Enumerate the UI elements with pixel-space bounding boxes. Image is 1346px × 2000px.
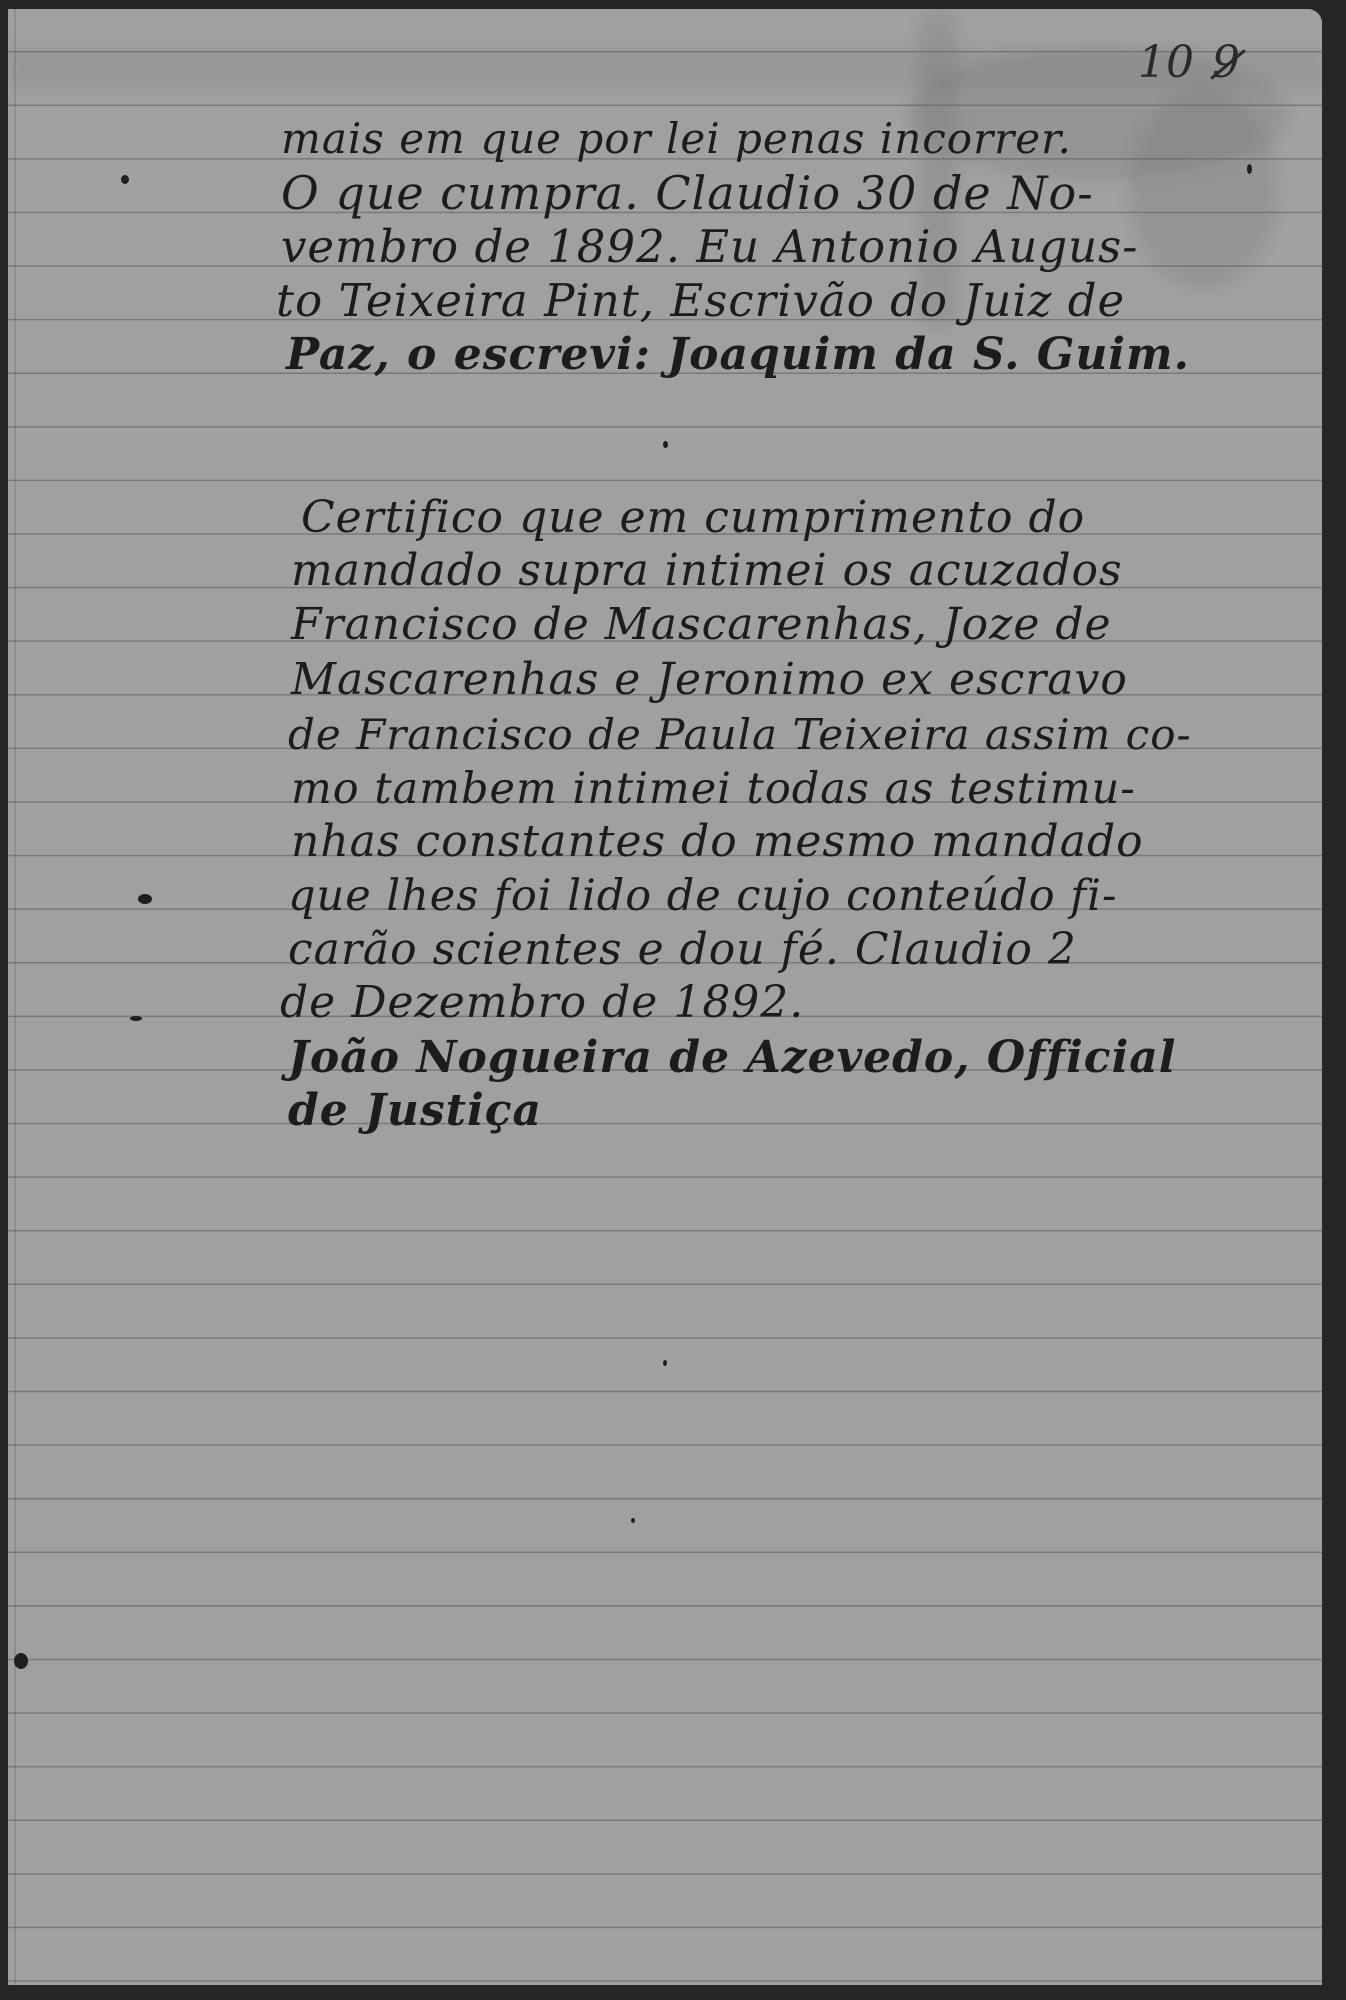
text-line: Francisco de Mascarenhas, Joze de xyxy=(291,603,1112,647)
text-line-signature: de Justiça xyxy=(288,1089,542,1133)
text-line: de Francisco de Paula Teixeira assim co- xyxy=(288,713,1192,757)
ink-blot xyxy=(663,1360,667,1366)
text-line: mandado supra intimei os acuzados xyxy=(291,549,1123,593)
text-line: mais em que por lei penas incorrer. xyxy=(281,117,1072,161)
text-line: Mascarenhas e Jeronimo ex escravo xyxy=(291,658,1128,702)
text-line: nhas constantes do mesmo mandado xyxy=(291,820,1144,864)
ink-blot xyxy=(14,1653,28,1669)
ink-blot xyxy=(631,1518,635,1523)
text-line: Certifico que em cumprimento do xyxy=(301,496,1085,540)
ink-blot xyxy=(663,441,668,448)
text-line: to Teixeira Pint, Escrivão do Juiz de xyxy=(276,279,1125,323)
ink-blot xyxy=(138,894,152,904)
text-line: de Dezembro de 1892. xyxy=(280,981,804,1025)
folio-number-value: 10 xyxy=(1138,37,1194,88)
text-line: mo tambem intimei todas as testimu- xyxy=(291,767,1136,811)
manuscript-page: 109 mais em que por lei penas incorrer. … xyxy=(8,9,1322,1985)
ink-blot xyxy=(1247,164,1252,174)
text-line: que lhes foi lido de cujo conteúdo fi- xyxy=(288,874,1117,918)
text-line: O que cumpra. Claudio 30 de No- xyxy=(281,171,1094,215)
text-line-signature: João Nogueira de Azevedo, Official xyxy=(288,1036,1177,1080)
text-line: carão scientes e dou fé. Claudio 2 xyxy=(288,928,1077,972)
text-line-signature: Paz, o escrevi: Joaquim da S. Guim. xyxy=(286,333,1190,377)
text-line: vembro de 1892. Eu Antonio Augus- xyxy=(281,225,1138,269)
ink-blot xyxy=(121,175,129,184)
ink-blot xyxy=(130,1016,142,1021)
folio-number: 109 xyxy=(1138,37,1240,88)
page-edge-shadow xyxy=(14,9,16,1985)
folio-struck-digit: 9 xyxy=(1212,37,1240,88)
